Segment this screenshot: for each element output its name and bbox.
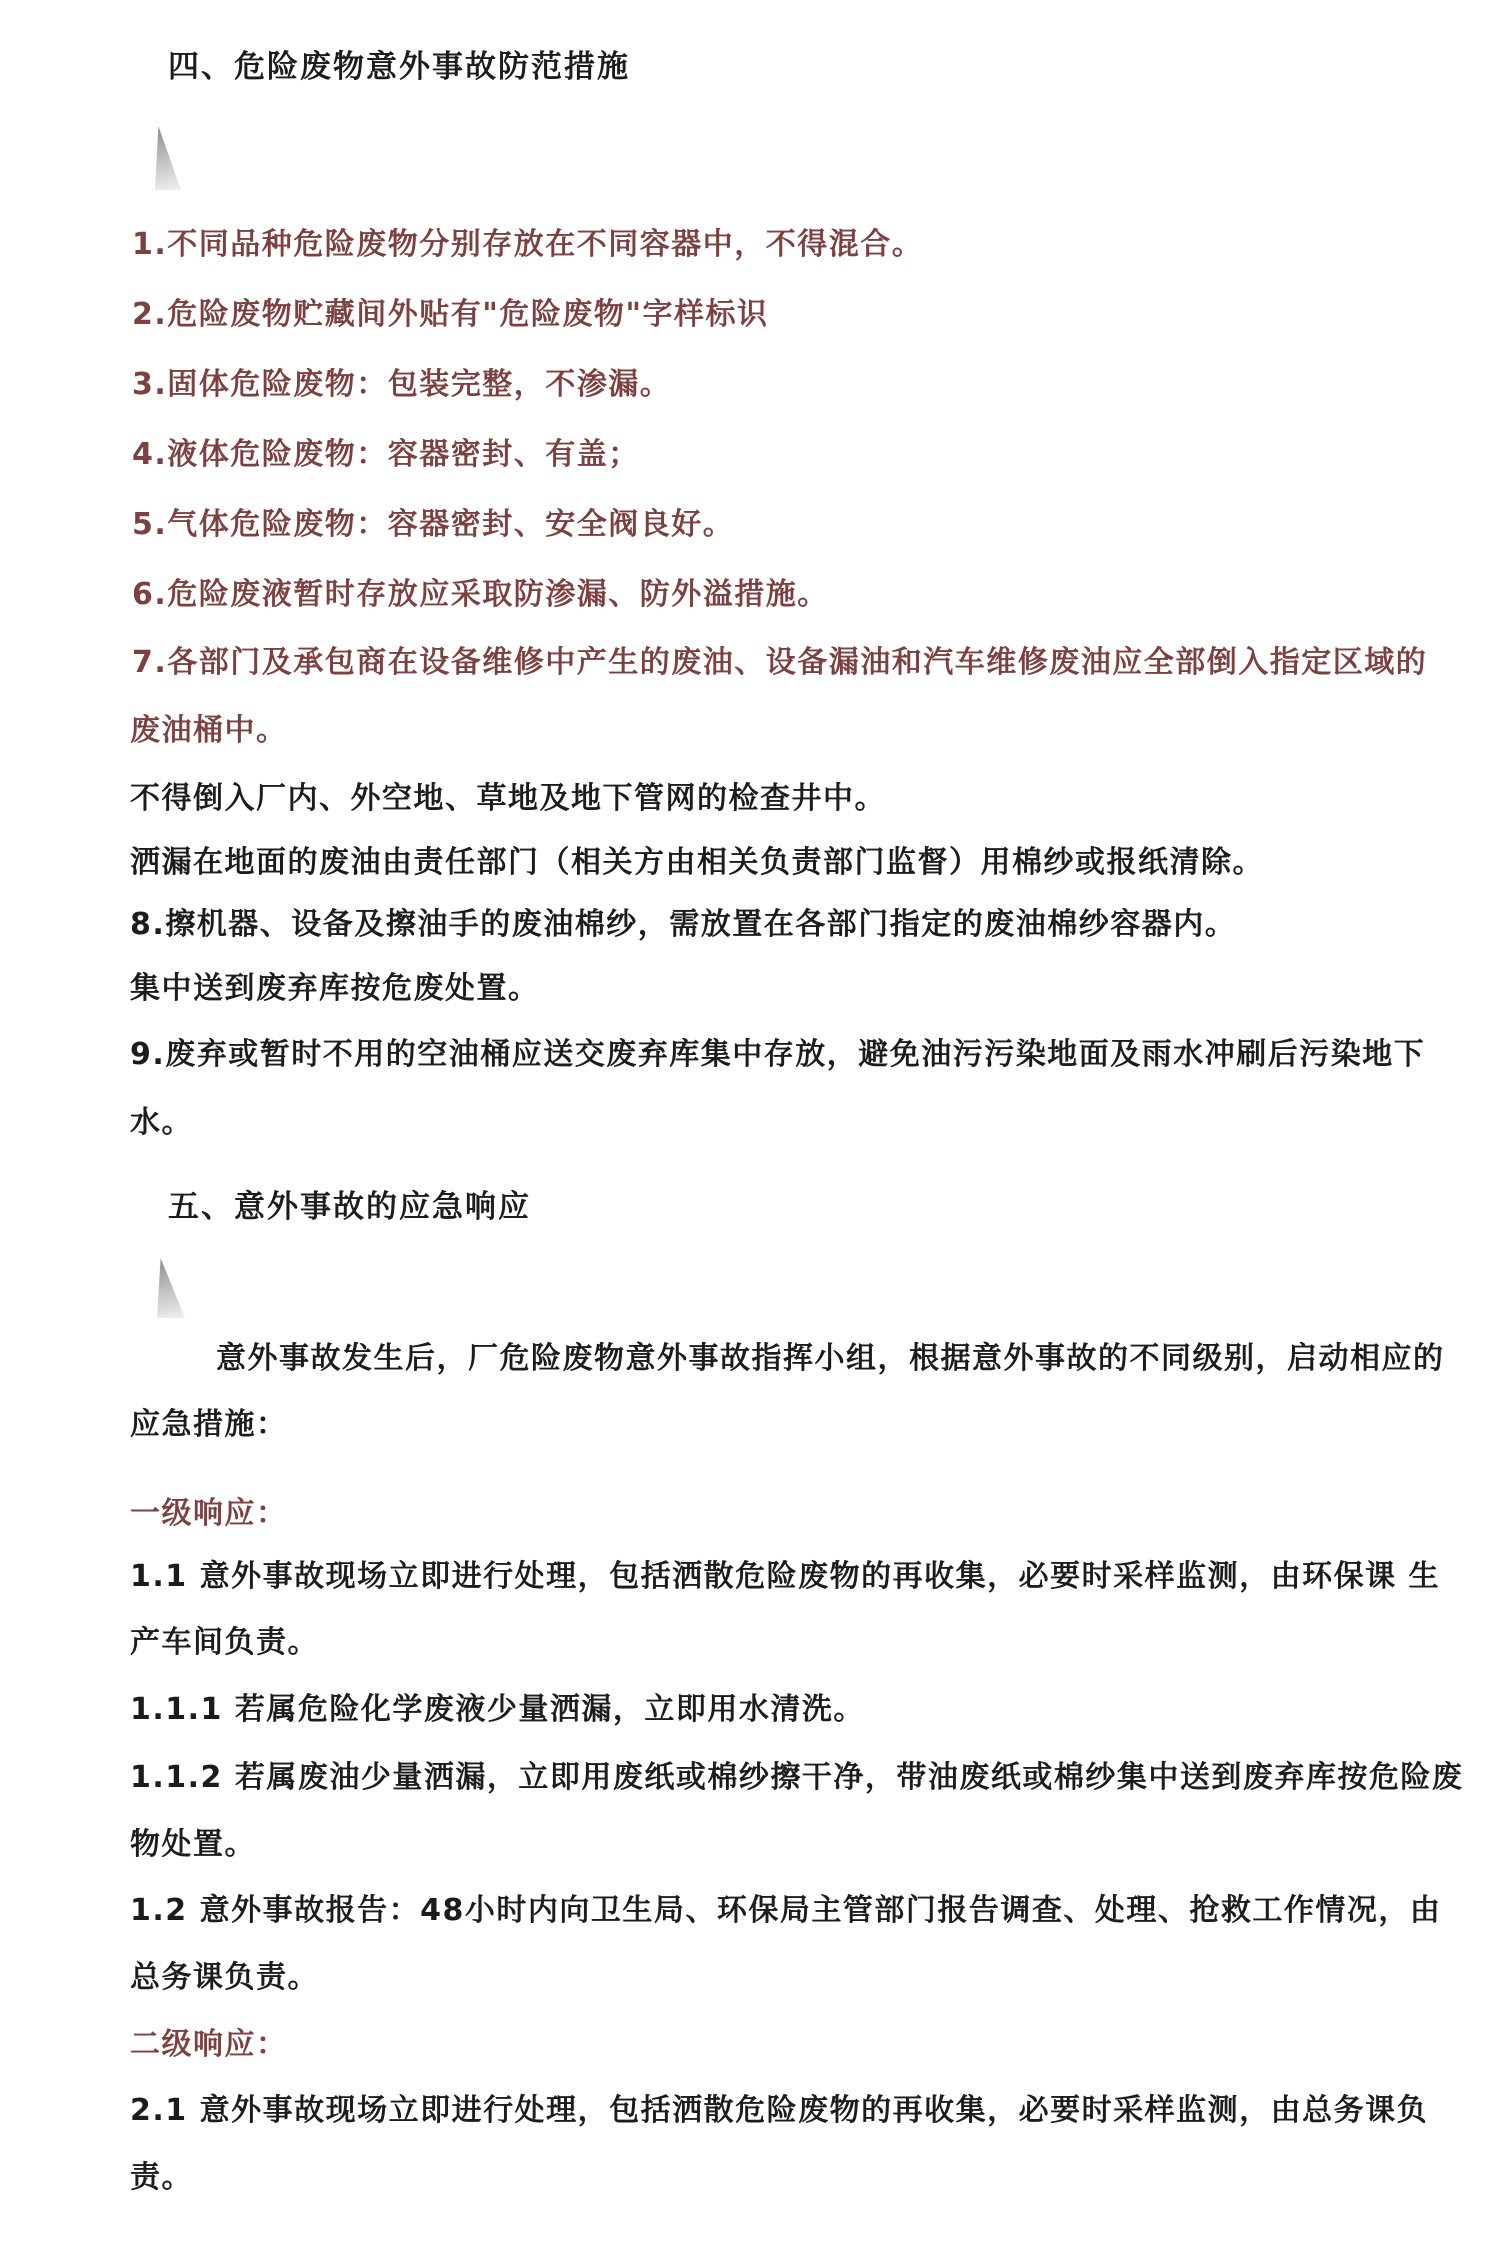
text-line: 洒漏在地面的废油由责任部门（相关方由相关负责部门监督）用棉纱或报纸清除。 <box>130 846 1264 881</box>
triangle-icon <box>155 126 181 190</box>
text-line: 废油桶中。 <box>130 714 288 749</box>
text-line: 一级响应： <box>130 1497 288 1532</box>
text-line: 1.1.1 若属危险化学废液少量洒漏，立即用水清洗。 <box>130 1693 865 1728</box>
text-line: 物处置。 <box>130 1828 256 1863</box>
text-line: 2.危险废物贮藏间外贴有"危险废物"字样标识 <box>132 298 769 333</box>
text-line: 意外事故发生后，厂危险废物意外事故指挥小组，根据意外事故的不同级别，启动相应的 <box>216 1342 1445 1377</box>
text-line: 应急措施： <box>130 1408 288 1443</box>
text-line: 4.液体危险废物：容器密封、有盖； <box>132 438 640 473</box>
text-line: 8.擦机器、设备及擦油手的废油棉纱，需放置在各部门指定的废油棉纱容器内。 <box>130 908 1236 943</box>
text-line: 2.1 意外事故现场立即进行处理，包括洒散危险废物的再收集，必要时采样监测，由总… <box>130 2094 1428 2129</box>
text-line: 水。 <box>130 1106 193 1141</box>
text-line: 6.危险废液暂时存放应采取防渗漏、防外溢措施。 <box>132 578 829 613</box>
text-line: 3.固体危险废物：包装完整，不渗漏。 <box>132 368 671 403</box>
text-line: 二级响应： <box>130 2028 288 2063</box>
text-line: 集中送到废弃库按危废处置。 <box>130 972 540 1007</box>
triangle-icon <box>157 1258 185 1318</box>
text-line: 责。 <box>130 2161 193 2196</box>
text-line: 1.2 意外事故报告：48小时内向卫生局、环保局主管部门报告调查、处理、抢救工作… <box>130 1894 1441 1929</box>
text-line: 1.1.2 若属废油少量洒漏，立即用废纸或棉纱擦干净，带油废纸或棉纱集中送到废弃… <box>130 1761 1463 1796</box>
section-heading: 四、危险废物意外事故防范措施 <box>168 50 630 86</box>
section-heading: 五、意外事故的应急响应 <box>168 1190 531 1226</box>
text-line: 9.废弃或暂时不用的空油桶应送交废弃库集中存放，避免油污污染地面及雨水冲刷后污染… <box>130 1038 1425 1073</box>
text-line: 不得倒入厂内、外空地、草地及地下管网的检查井中。 <box>130 782 886 817</box>
text-line: 总务课负责。 <box>130 1961 319 1996</box>
document-page: 四、危险废物意外事故防范措施1.不同品种危险废物分别存放在不同容器中，不得混合。… <box>0 0 1499 2261</box>
text-line: 1.1 意外事故现场立即进行处理，包括洒散危险废物的再收集，必要时采样监测，由环… <box>130 1560 1440 1595</box>
text-line: 7.各部门及承包商在设备维修中产生的废油、设备漏油和汽车维修废油应全部倒入指定区… <box>132 646 1427 681</box>
text-line: 5.气体危险废物：容器密封、安全阀良好。 <box>132 508 734 543</box>
text-line: 产车间负责。 <box>130 1626 319 1661</box>
text-line: 1.不同品种危险废物分别存放在不同容器中，不得混合。 <box>132 228 923 263</box>
